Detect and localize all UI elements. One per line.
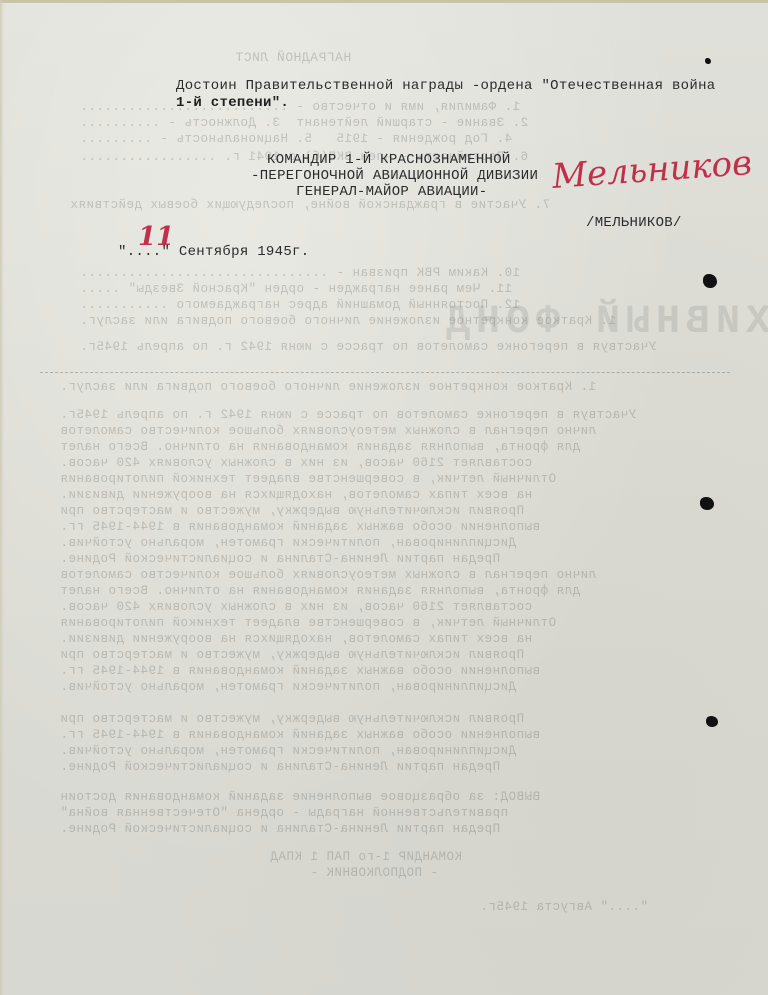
bleed-line: для фронта, выполняя задания командовани… <box>60 440 580 454</box>
paper-edge-top <box>0 0 768 3</box>
typed-signature-name: /МЕЛЬНИКОВ/ <box>586 215 682 231</box>
bleed-line: на всех типах самолетов, находящихся на … <box>60 632 532 646</box>
bleed-line: выполнении особо важных заданий командов… <box>60 664 540 678</box>
bleed-line: 4. Год рождения - 1915 5. Национальность… <box>80 132 512 146</box>
bleed-line: выполнении особо важных заданий командов… <box>60 728 540 742</box>
bleed-line: Отличный летчик, в совершенстве владеет … <box>60 616 556 630</box>
bleed-line: Проявил исключительную выдержку, мужеств… <box>60 648 524 662</box>
bleed-line: Дисциплинирован, политически грамотен, м… <box>60 536 516 550</box>
bleed-line: для фронта, выполняя задания командовани… <box>60 584 580 598</box>
award-recommendation-line: Достоин Правительственной награды -орден… <box>176 78 715 94</box>
bleed-line: Участвуя в перегонке самолетов по трассе… <box>60 408 636 422</box>
bleed-line: Предан партии Ленина-Сталина и социалист… <box>60 552 500 566</box>
bleed-line: Отличный летчик, в совершенстве владеет … <box>60 472 556 486</box>
punch-mark <box>705 58 711 64</box>
bleed-line: Проявил исключительную выдержку, мужеств… <box>60 504 524 518</box>
award-recommendation-line: 1-й степени". <box>176 95 289 111</box>
document-page: НАГРАДНОЙ ЛИСТ 1. Фамилия, имя и отчеств… <box>0 0 768 995</box>
bleed-stamp: АРХИВНЫЙ ФОНД <box>440 300 768 345</box>
bleed-line: на всех типах самолетов, находящихся на … <box>60 488 532 502</box>
bleed-line: Предан партии Ленина-Сталина и социалист… <box>60 760 500 774</box>
dashed-divider <box>40 372 730 373</box>
bleed-line: 1. Фамилия, имя и отчество - ...........… <box>80 100 520 114</box>
paper-edge-left <box>0 0 4 995</box>
bleed-line: составляет 2160 часов, из них в сложных … <box>60 600 532 614</box>
bleed-line: выполнении особо важных заданий командов… <box>60 520 540 534</box>
bleed-line: Дисциплинирован, политически грамотен, м… <box>60 680 516 694</box>
punch-hole <box>703 274 717 288</box>
commander-title: КОМАНДИР 1-Й КРАСНОЗНАМЕННОЙ <box>267 152 511 168</box>
bleed-line: правительственной награды - ордена "Отеч… <box>60 806 508 820</box>
bleed-line: 11. Чем ранее награжден - орден "Красной… <box>80 282 512 296</box>
bleed-line: 7. Участие в гражданской войне, последую… <box>70 198 550 212</box>
commander-title: -ПЕРЕГОНОЧНОЙ АВИАЦИОННОЙ ДИВИЗИИ <box>251 168 538 184</box>
handwritten-date-day: 11 <box>138 222 174 252</box>
bleed-heading: НАГРАДНОЙ ЛИСТ <box>235 50 351 65</box>
bleed-line: - ПОДПОЛКОВНИК - <box>310 866 438 880</box>
punch-hole <box>700 497 714 510</box>
bleed-line: Предан партии Ленина-Сталина и социалист… <box>60 822 500 836</box>
bleed-line: 1. Краткое конкретное изложение личного … <box>60 380 596 394</box>
bleed-line: Проявил исключительную выдержку, мужеств… <box>60 712 524 726</box>
bleed-line: ВЫВОД: за образцовое выполнение заданий … <box>60 790 540 804</box>
bleed-line: составляет 2160 часов, из них в сложных … <box>60 456 532 470</box>
bleed-line: КОМАНДИР 1-го ПАП 1 КПАД <box>270 850 462 864</box>
handwritten-signature: Мельников <box>551 143 753 197</box>
bleed-line: лично перегнал в сложных метеоусловиях б… <box>60 424 596 438</box>
bleed-line: Дисциплинирован, политически грамотен, м… <box>60 744 516 758</box>
commander-title: ГЕНЕРАЛ-МАЙОР АВИАЦИИ- <box>296 184 487 200</box>
bleed-line: 2. Звание - старший лейтенант 3. Должнос… <box>80 116 528 130</box>
bleed-line: лично перегнал в сложных метеоусловиях б… <box>60 568 596 582</box>
bleed-line: 10. Каким РВК призван - ................… <box>80 266 520 280</box>
bleed-line: "...." Августа 1945г. <box>480 900 648 914</box>
punch-hole <box>706 716 718 727</box>
